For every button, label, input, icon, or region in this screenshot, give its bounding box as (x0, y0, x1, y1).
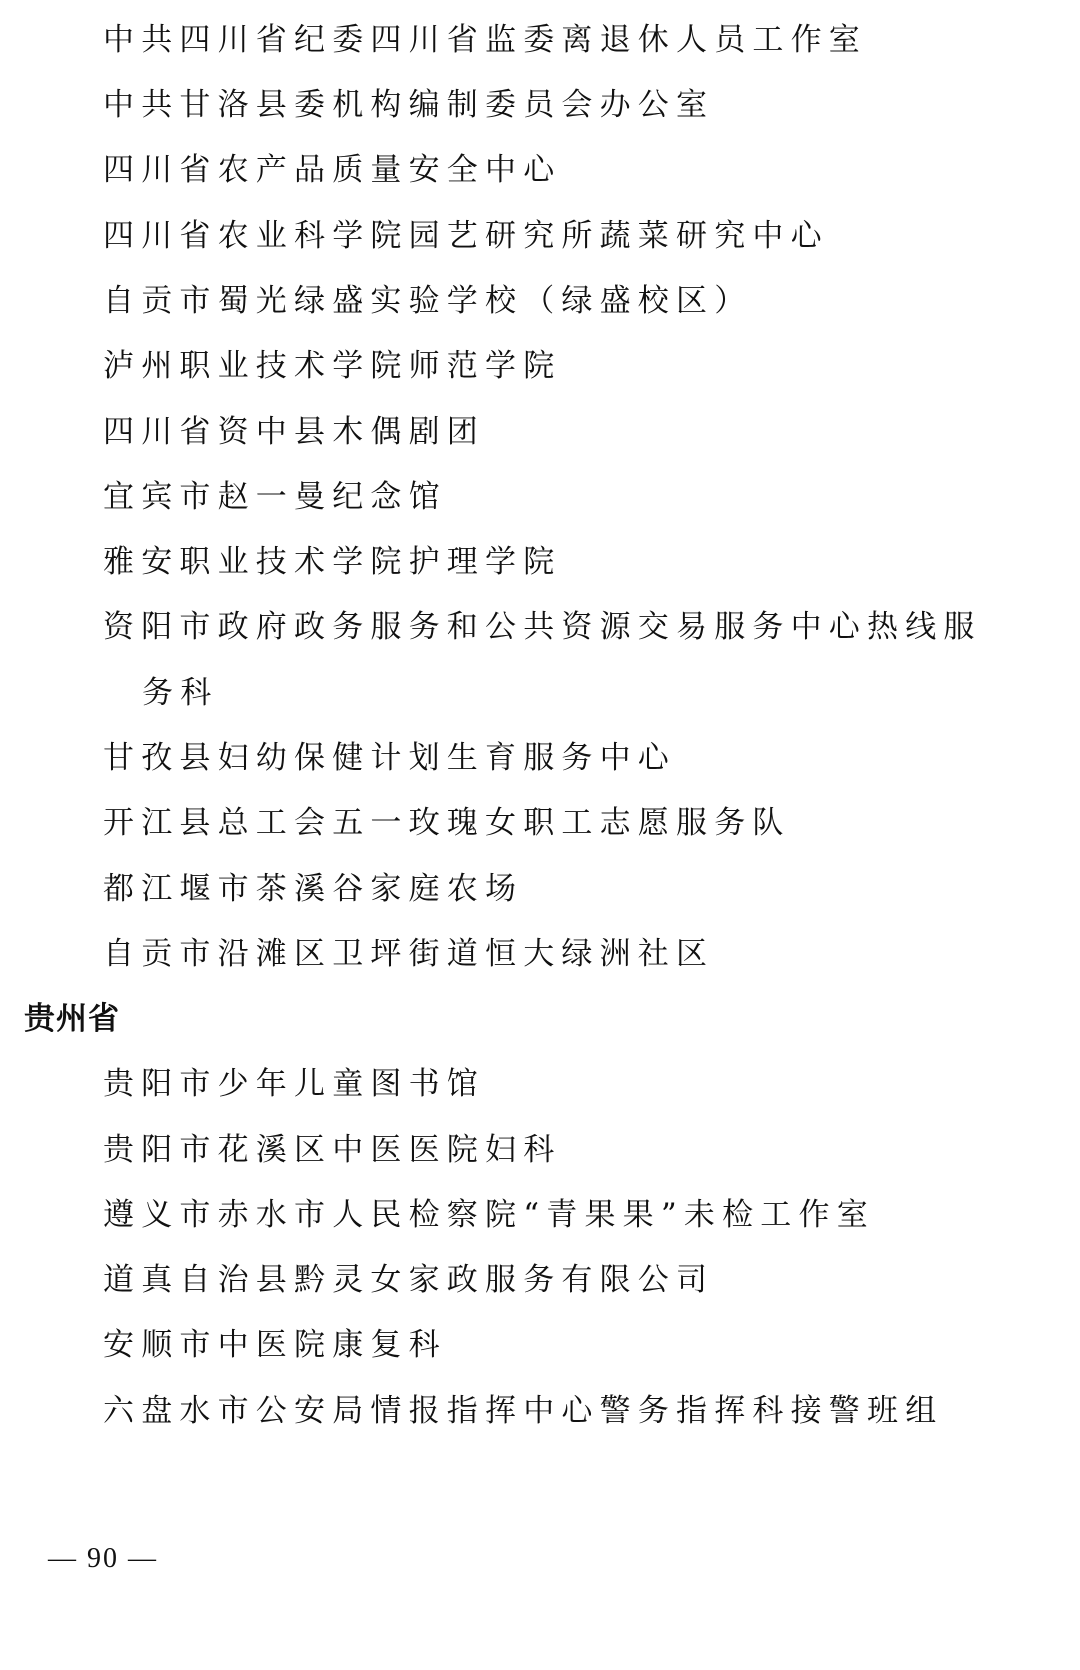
list-item: 中共甘洛县委机构编制委员会办公室 (103, 85, 714, 125)
list-item: 都江堰市茶溪谷家庭农场 (103, 869, 523, 909)
page-number: — 90 — (48, 1541, 158, 1577)
list-item: 四川省农产品质量安全中心 (103, 150, 561, 190)
list-item: 贵阳市花溪区中医医院妇科 (103, 1130, 561, 1170)
province-heading: 贵州省 (24, 999, 120, 1039)
list-item: 中共四川省纪委四川省监委离退休人员工作室 (103, 20, 867, 60)
list-item: 遵义市赤水市人民检察院“青果果”未检工作室 (103, 1195, 875, 1235)
list-item: 自贡市蜀光绿盛实验学校（绿盛校区） (103, 281, 752, 321)
list-item: 六盘水市公安局情报指挥中心警务指挥科接警班组 (103, 1391, 943, 1431)
list-item: 自贡市沿滩区卫坪街道恒大绿洲社区 (103, 934, 714, 974)
list-item: 开江县总工会五一玫瑰女职工志愿服务队 (103, 803, 791, 843)
list-item: 泸州职业技术学院师范学院 (103, 346, 561, 386)
list-item: 四川省资中县木偶剧团 (103, 412, 485, 452)
list-item-continuation: 务科 (142, 673, 218, 713)
list-item: 道真自治县黔灵女家政服务有限公司 (103, 1260, 714, 1300)
list-item: 四川省农业科学院园艺研究所蔬菜研究中心 (103, 216, 829, 256)
list-item: 安顺市中医院康复科 (103, 1325, 447, 1365)
list-item: 资阳市政府政务服务和公共资源交易服务中心热线服 (103, 607, 982, 647)
document-page: 中共四川省纪委四川省监委离退休人员工作室 中共甘洛县委机构编制委员会办公室 四川… (0, 0, 1080, 1670)
list-item: 贵阳市少年儿童图书馆 (103, 1064, 485, 1104)
list-item: 甘孜县妇幼保健计划生育服务中心 (103, 738, 676, 778)
list-item: 宜宾市赵一曼纪念馆 (103, 477, 447, 517)
list-item: 雅安职业技术学院护理学院 (103, 542, 561, 582)
